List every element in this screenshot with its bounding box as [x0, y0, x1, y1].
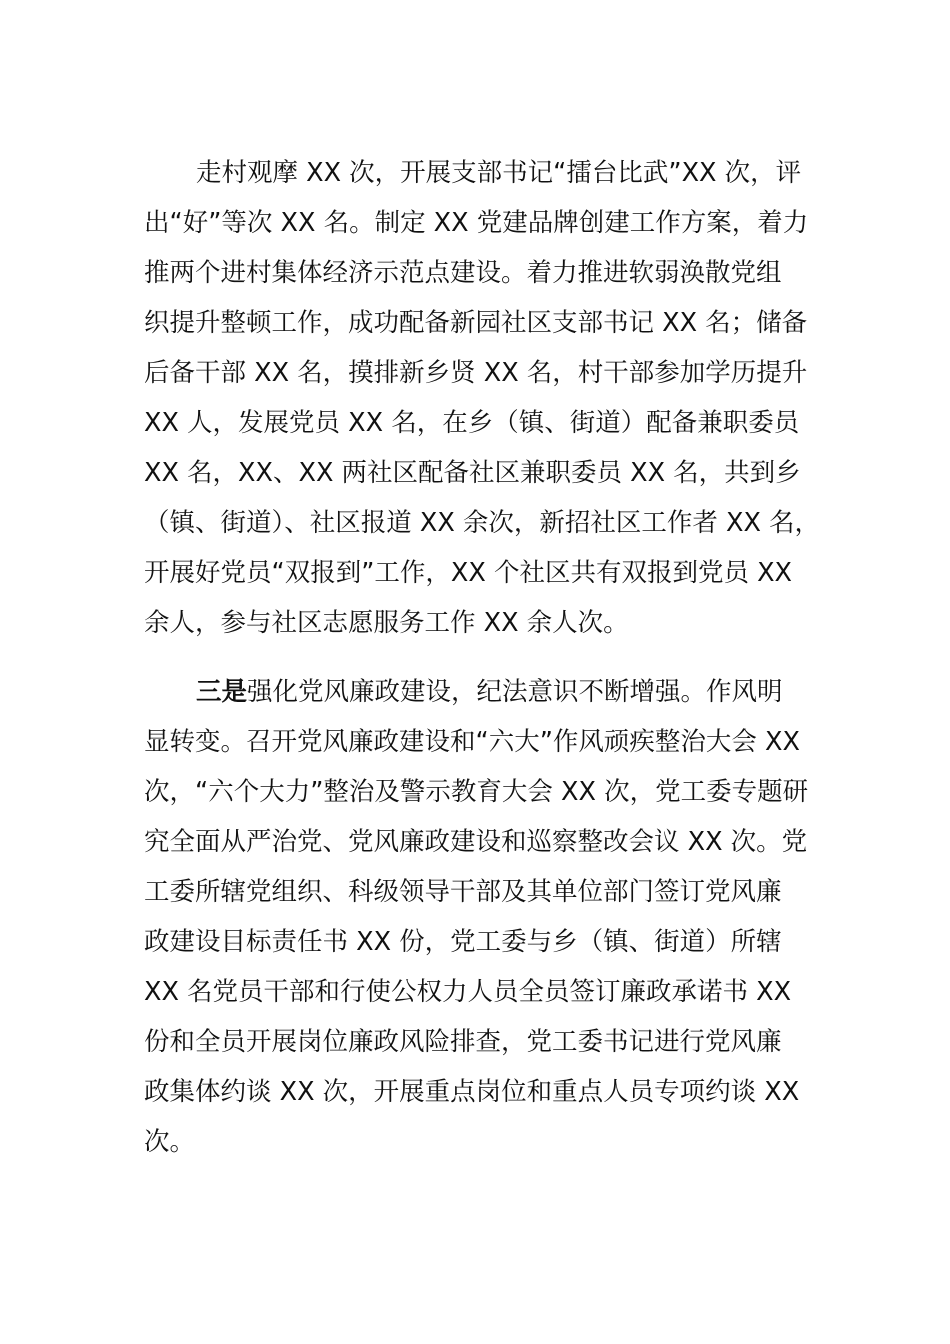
text-line: 究全面从严治党、党风廉政建设和巡察整改会议 XX 次。党	[144, 817, 824, 867]
paragraph-2: 三是强化党风廉政建设，纪法意识不断增强。作风明 显转变。召开党风廉政建设和“六大…	[144, 667, 824, 1167]
text-line: 显转变。召开党风廉政建设和“六大”作风顽疾整治大会 XX	[144, 717, 824, 767]
text-line: 次。	[144, 1117, 824, 1167]
document-page: 走村观摩 XX 次，开展支部书记“擂台比武”XX 次，评 出“好”等次 XX 名…	[144, 148, 824, 1167]
text-line: 政建设目标责任书 XX 份，党工委与乡（镇、街道）所辖	[144, 917, 824, 967]
paragraph-spacer	[144, 648, 824, 667]
text-line: （镇、街道）、社区报道 XX 余次，新招社区工作者 XX 名，	[144, 498, 824, 548]
text-line: XX 人，发展党员 XX 名，在乡（镇、街道）配备兼职委员	[144, 398, 824, 448]
text-line: 余人，参与社区志愿服务工作 XX 余人次。	[144, 598, 824, 648]
paragraph-1: 走村观摩 XX 次，开展支部书记“擂台比武”XX 次，评 出“好”等次 XX 名…	[144, 148, 824, 648]
text-line: 织提升整顿工作，成功配备新园社区支部书记 XX 名；储备	[144, 298, 824, 348]
text-line: 工委所辖党组织、科级领导干部及其单位部门签订党风廉	[144, 867, 824, 917]
text-line: XX 名党员干部和行使公权力人员全员签订廉政承诺书 XX	[144, 967, 824, 1017]
text-line: 三是强化党风廉政建设，纪法意识不断增强。作风明	[144, 667, 824, 717]
text-line: 推两个进村集体经济示范点建设。着力推进软弱涣散党组	[144, 248, 824, 298]
text-line: 出“好”等次 XX 名。制定 XX 党建品牌创建工作方案，着力	[144, 198, 824, 248]
section-lead: 三是	[196, 677, 247, 707]
text-line: XX 名，XX、XX 两社区配备社区兼职委员 XX 名，共到乡	[144, 448, 824, 498]
text-line: 政集体约谈 XX 次，开展重点岗位和重点人员专项约谈 XX	[144, 1067, 824, 1117]
text-line: 份和全员开展岗位廉政风险排查，党工委书记进行党风廉	[144, 1017, 824, 1067]
text-line: 开展好党员“双报到”工作，XX 个社区共有双报到党员 XX	[144, 548, 824, 598]
text-line: 后备干部 XX 名，摸排新乡贤 XX 名，村干部参加学历提升	[144, 348, 824, 398]
text-run: 强化党风廉政建设，纪法意识不断增强。作风明	[247, 677, 783, 707]
text-line: 次，“六个大力”整治及警示教育大会 XX 次，党工委专题研	[144, 767, 824, 817]
text-line: 走村观摩 XX 次，开展支部书记“擂台比武”XX 次，评	[144, 148, 824, 198]
